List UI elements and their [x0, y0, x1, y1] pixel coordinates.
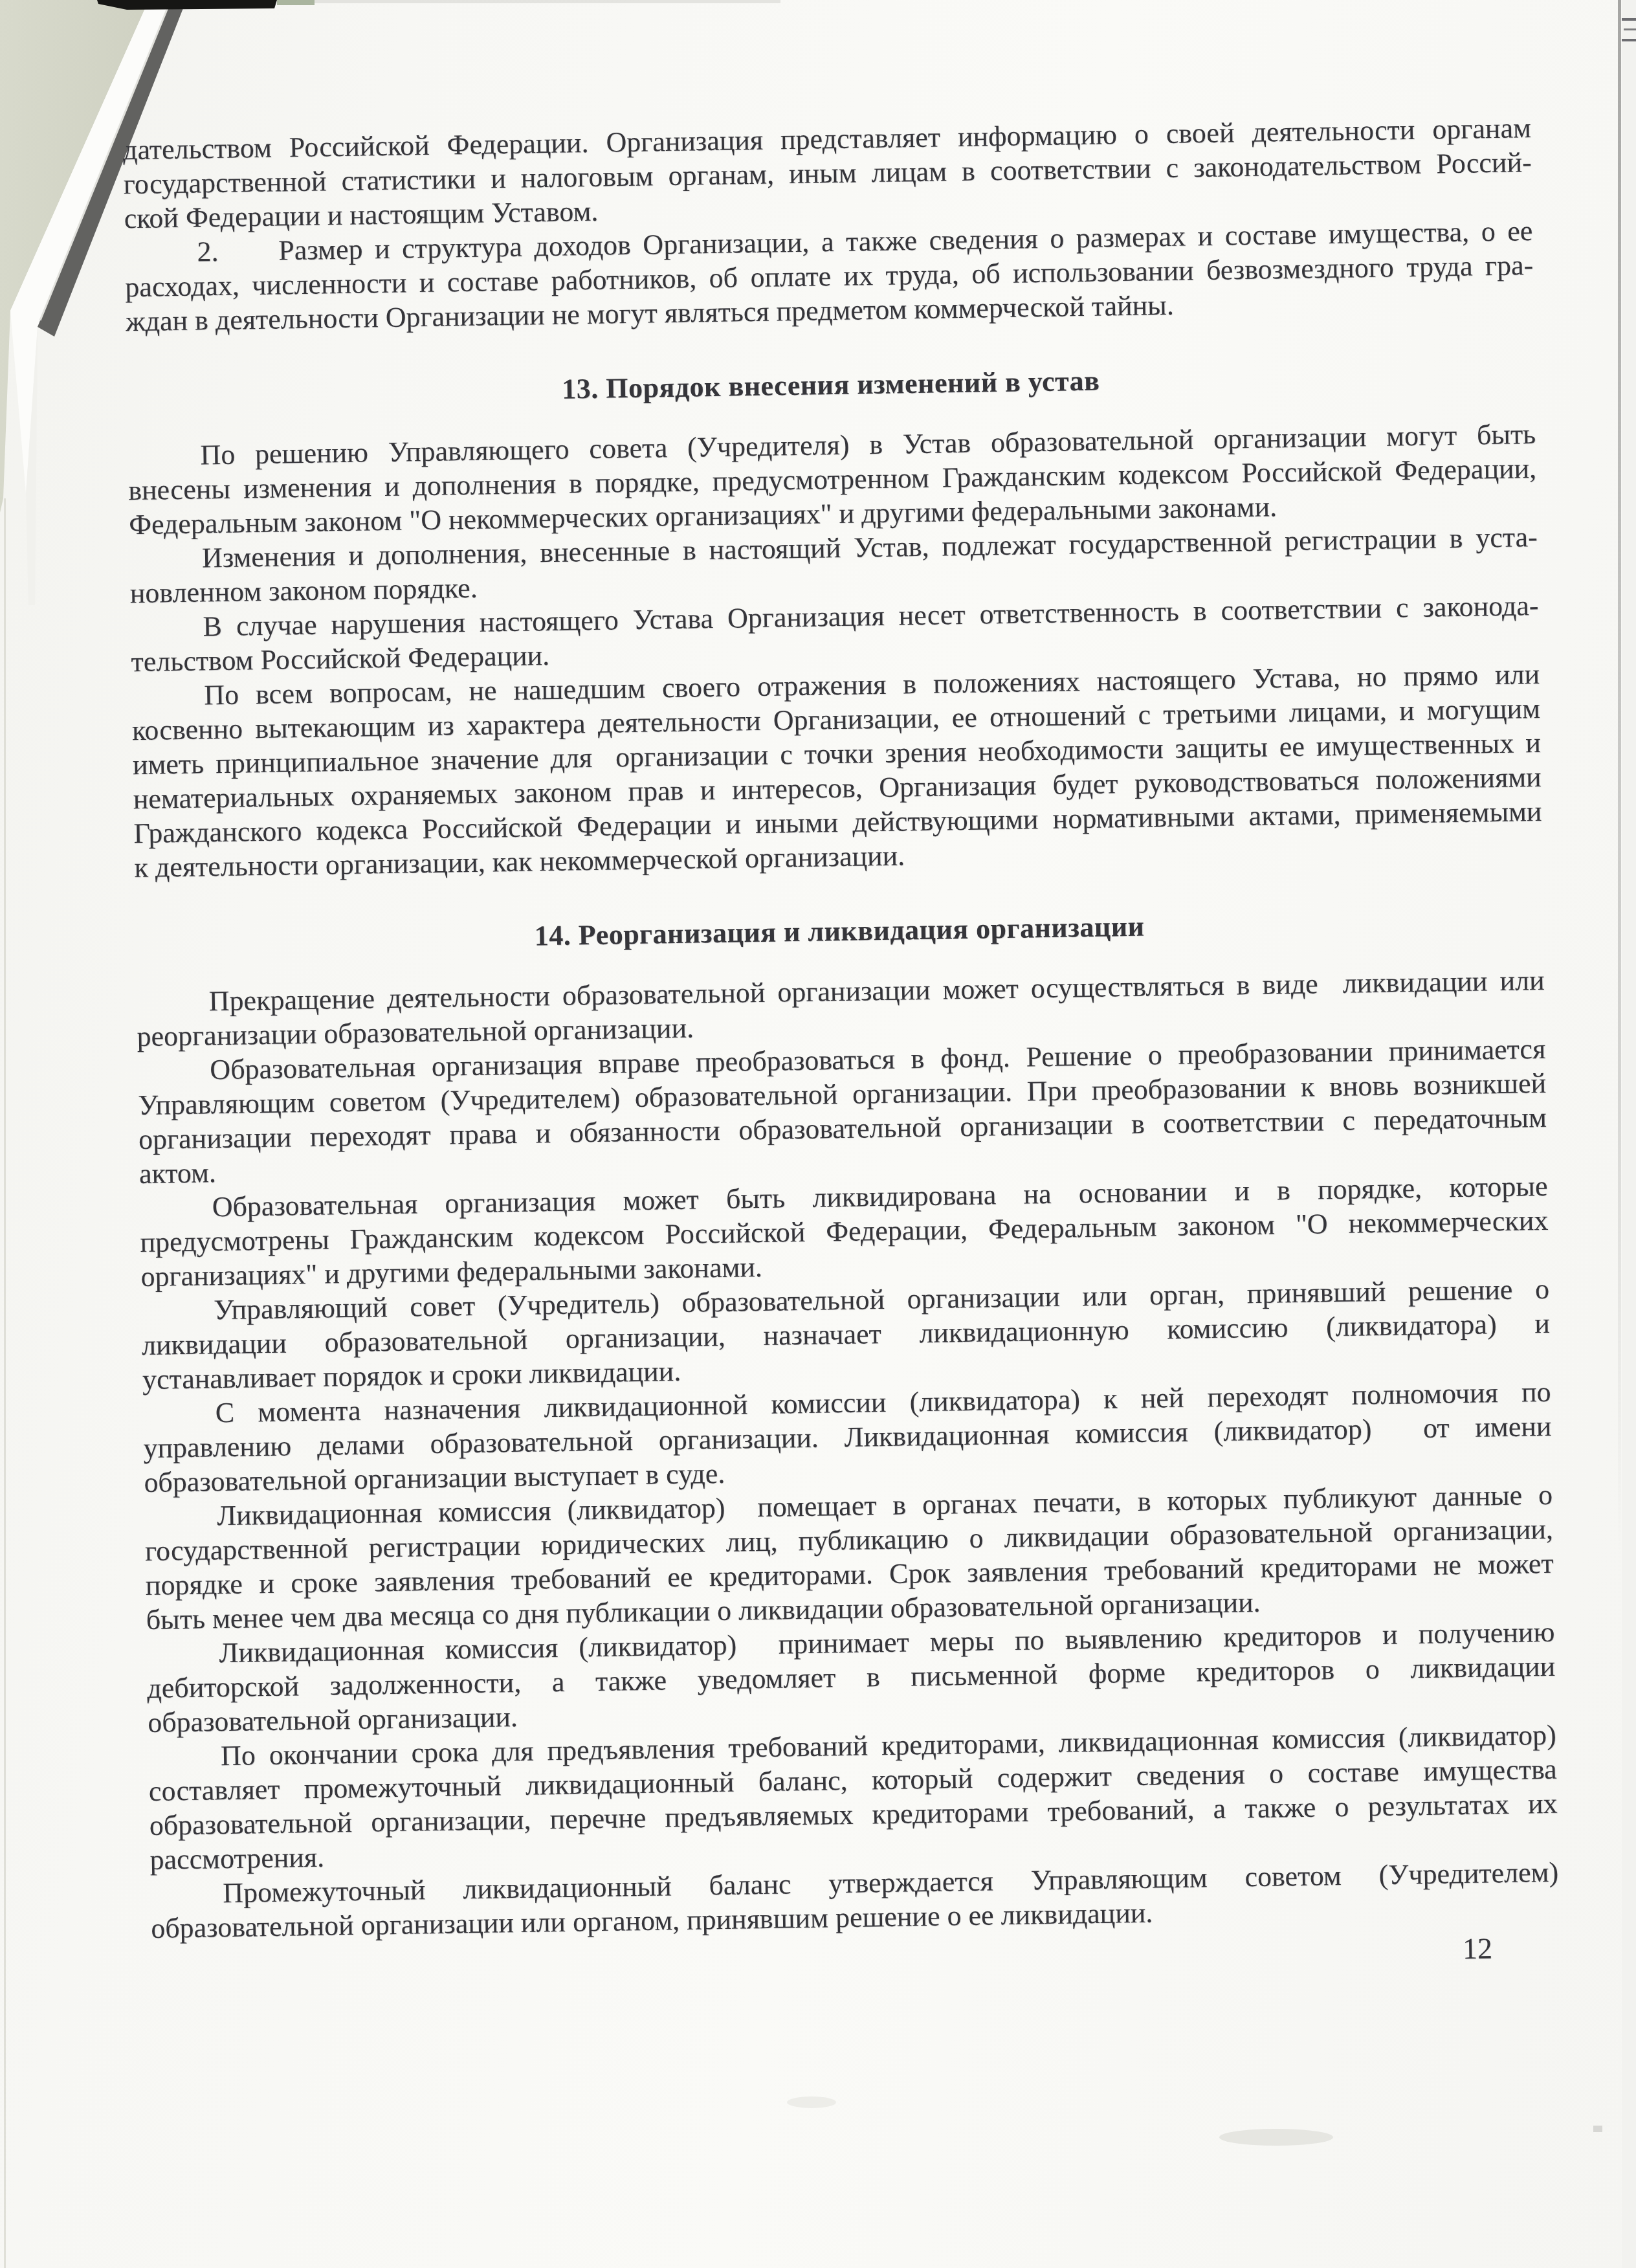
section-heading: 14. Реорганизация и ликвидация организац…	[135, 903, 1544, 959]
fold-crease-line	[26, 327, 38, 605]
page-right-fold-line	[1618, 0, 1621, 1553]
paragraph: Образовательная организация вправе преоб…	[137, 1032, 1547, 1191]
scan-canvas: дательством Российской Федерации. Органи…	[0, 0, 1636, 2268]
binding-edge-mark	[1624, 28, 1636, 30]
paragraph: По окончании срока для предъявления треб…	[148, 1718, 1558, 1877]
page-top-edge-shadow	[315, 0, 780, 3]
section-heading: 13. Порядок внесения изменений в устав	[127, 357, 1536, 413]
document-sections: дательством Российской Федерации. Органи…	[123, 111, 1560, 1946]
scan-edge-speck	[277, 0, 315, 5]
document-text: дательством Российской Федерации. Органи…	[123, 111, 1560, 1986]
page-left-edge-line	[4, 498, 6, 2268]
scan-smudge	[1219, 2129, 1333, 2146]
paragraph: Ликвидационная комиссия (ликвидатор) пом…	[144, 1478, 1554, 1637]
scan-edge-black-strip	[97, 0, 277, 10]
scan-smudge	[787, 2096, 836, 2108]
binding-edge-mark	[1622, 18, 1636, 21]
paragraph: По всем вопросам, не нашедшим своего отр…	[131, 657, 1543, 885]
scan-smudge	[1593, 2126, 1602, 2132]
paragraph: 2. Размер и структура доходов Организаци…	[124, 214, 1534, 339]
binding-edge-mark	[1622, 39, 1636, 41]
adjacent-page-edge	[1622, 0, 1636, 2268]
